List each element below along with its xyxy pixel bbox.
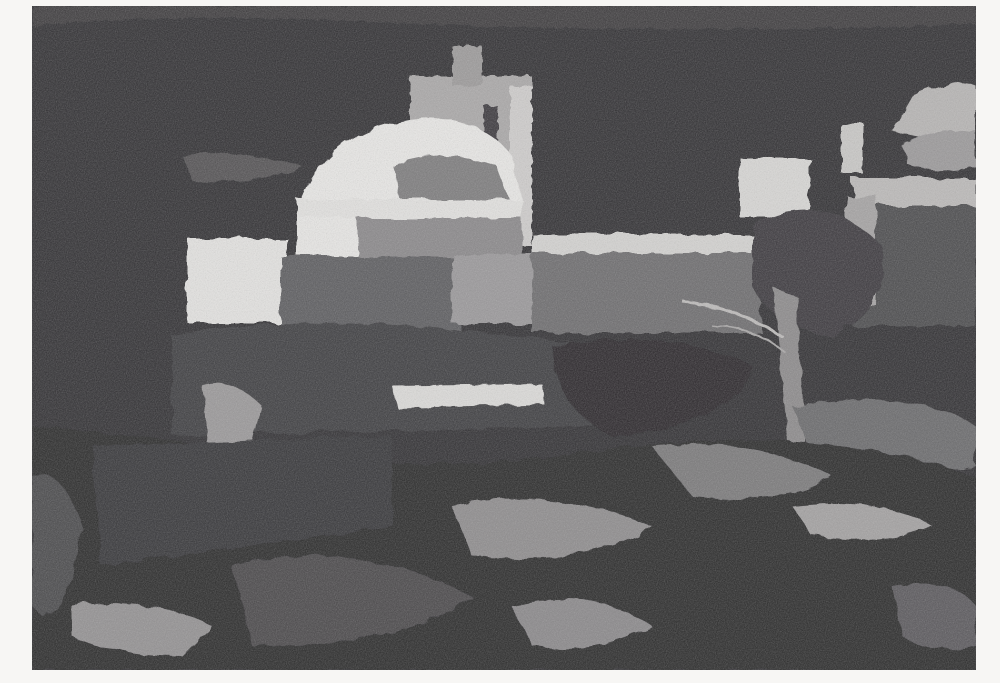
paper-sheet bbox=[0, 0, 1000, 683]
grain-texture bbox=[32, 6, 976, 670]
print-image bbox=[32, 6, 976, 670]
lithograph-print bbox=[32, 6, 976, 670]
